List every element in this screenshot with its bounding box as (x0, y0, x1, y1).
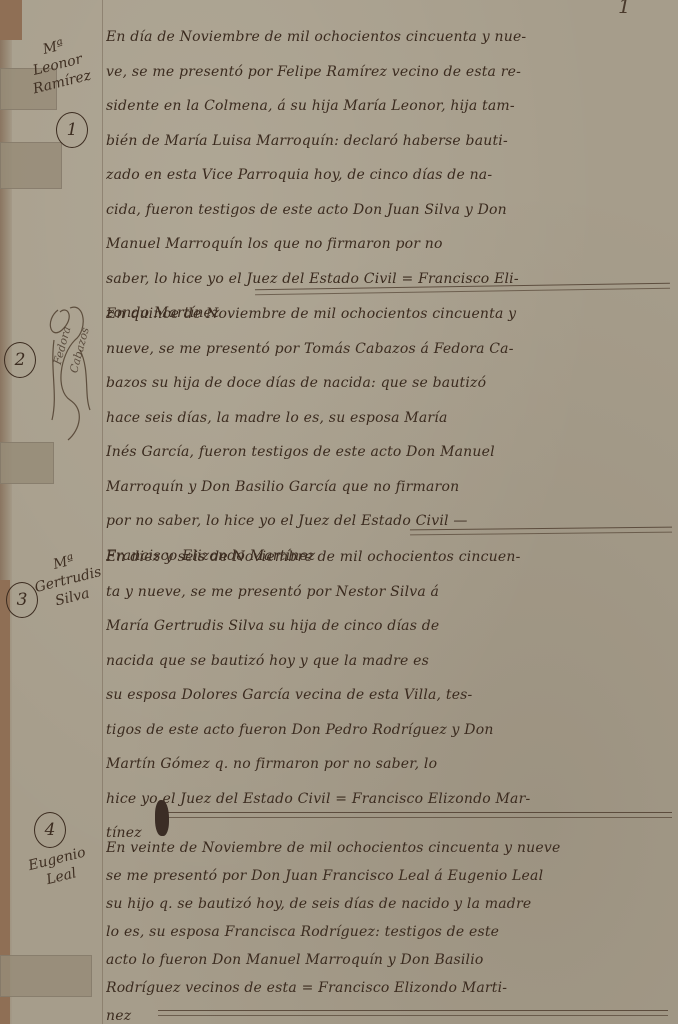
text-line: Martín Gómez q. no firmaron por no saber… (106, 747, 668, 782)
text-line: su hijo q. se bautizó hoy, de seis días … (106, 890, 668, 918)
signature-flourish (40, 300, 100, 450)
entry-text: En diez y seis de Noviembre de mil ochoc… (106, 540, 668, 851)
text-line: En diez y seis de Noviembre de mil ochoc… (106, 540, 668, 575)
margin-rule (102, 0, 103, 1024)
text-line: Rodríguez vecinos de esta = Francisco El… (106, 974, 668, 1002)
text-line: se me presentó por Don Juan Francisco Le… (106, 862, 668, 890)
text-line: Marroquín y Don Basilio García que no fi… (106, 470, 668, 505)
entry-separator (160, 812, 672, 818)
text-line: En quince de Noviembre de mil ochociento… (106, 297, 668, 332)
entry-text: En veinte de Noviembre de mil ochociento… (106, 834, 668, 1024)
ink-blot (155, 800, 169, 836)
entry-number-circle: 2 (4, 342, 36, 378)
repair-tape (0, 955, 92, 997)
margin-name: Eugenio Leal (27, 843, 92, 892)
text-line: ta y nueve, se me presentó por Nestor Si… (106, 575, 668, 610)
page-number: 1 (618, 0, 631, 18)
text-line: cida, fueron testigos de este acto Don J… (106, 193, 668, 228)
entry-separator (158, 1010, 668, 1016)
text-line: zado en esta Vice Parroquia hoy, de cinc… (106, 158, 668, 193)
text-line: hice yo el Juez del Estado Civil = Franc… (106, 782, 668, 817)
text-line: bién de María Luisa Marroquín: declaró h… (106, 124, 668, 159)
margin-name: Mª Leonor Ramírez (22, 32, 93, 99)
register-page: 1 Mª Leonor Ramírez 1 En día de Noviembr… (0, 0, 678, 1024)
text-line: acto lo fueron Don Manuel Marroquín y Do… (106, 946, 668, 974)
text-line: Inés García, fueron testigos de este act… (106, 435, 668, 470)
text-line: En veinte de Noviembre de mil ochociento… (106, 834, 668, 862)
text-line: nueve, se me presentó por Tomás Cabazos … (106, 332, 668, 367)
text-line: ve, se me presentó por Felipe Ramírez ve… (106, 55, 668, 90)
text-line: hace seis días, la madre lo es, su espos… (106, 401, 668, 436)
entry-number-circle: 1 (56, 112, 88, 148)
text-line: sidente en la Colmena, á su hija María L… (106, 89, 668, 124)
torn-corner (0, 0, 22, 40)
text-line: tigos de este acto fueron Don Pedro Rodr… (106, 713, 668, 748)
text-line: nacida que se bautizó hoy y que la madre… (106, 644, 668, 679)
text-line: En día de Noviembre de mil ochocientos c… (106, 20, 668, 55)
entry-number-circle: 4 (34, 812, 66, 848)
repair-tape (0, 142, 62, 189)
text-line: lo es, su esposa Francisca Rodríguez: te… (106, 918, 668, 946)
text-line: María Gertrudis Silva su hija de cinco d… (106, 609, 668, 644)
entry-number-circle: 3 (6, 582, 38, 618)
margin-name: Mª Gertrudis Silva (28, 546, 107, 615)
text-line: su esposa Dolores García vecina de esta … (106, 678, 668, 713)
text-line: Manuel Marroquín los que no firmaron por… (106, 227, 668, 262)
text-line: bazos su hija de doce días de nacida: qu… (106, 366, 668, 401)
